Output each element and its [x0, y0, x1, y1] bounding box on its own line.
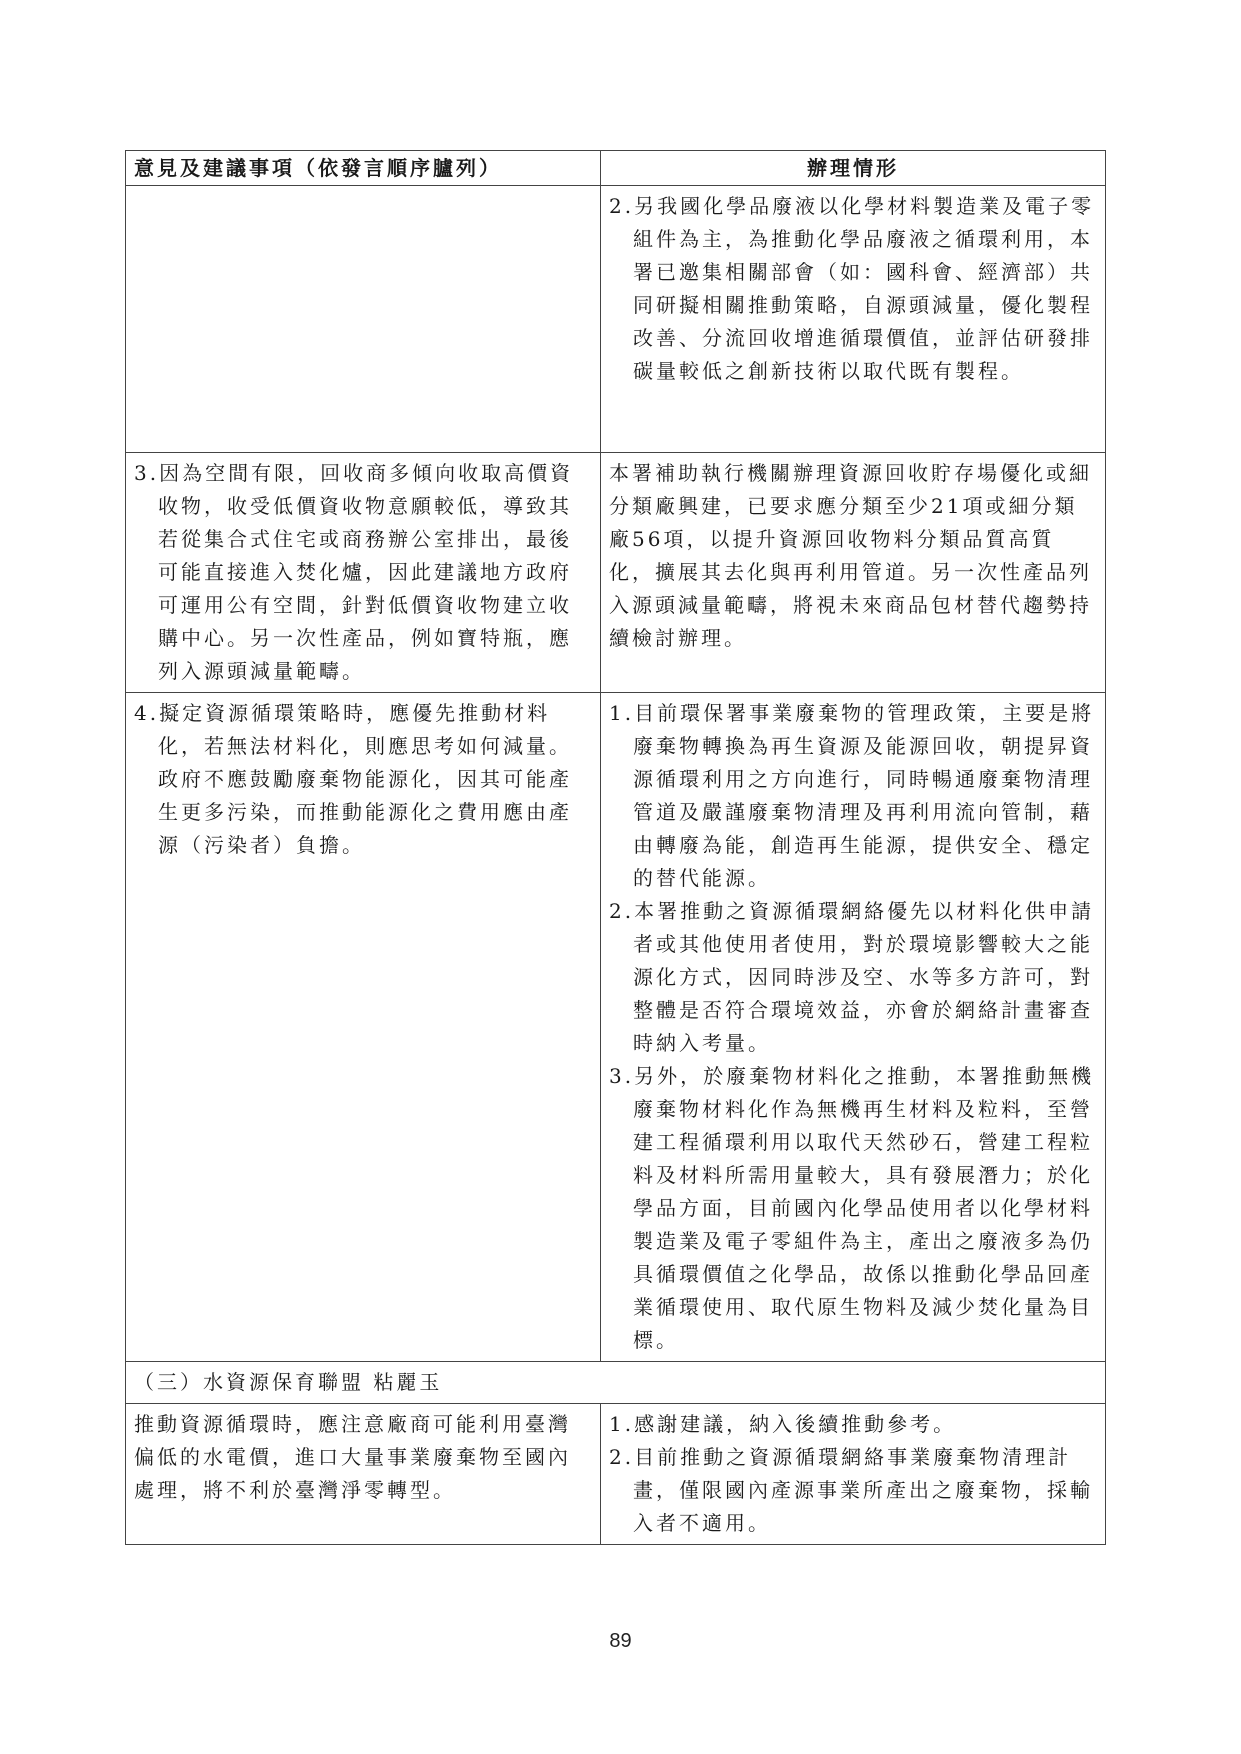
response-cell: 2.另我國化學品廢液以化學材料製造業及電子零組件為主，為推動化學品廢液之循環利用… — [601, 186, 1106, 453]
page-number: 89 — [0, 1630, 1241, 1653]
header-status: 辦理情形 — [601, 151, 1106, 186]
response-item: 1.目前環保署事業廢棄物的管理政策，主要是將廢棄物轉換為再生資源及能源回收，朝提… — [609, 697, 1097, 895]
response-item: 2.本署推動之資源循環網絡優先以材料化供申請者或其他使用者使用，對於環境影響較大… — [609, 895, 1097, 1060]
response-cell: 1.感謝建議，納入後續推動參考。 2.目前推動之資源循環網絡事業廢棄物清理計畫，… — [601, 1404, 1106, 1545]
opinion-item: 4.擬定資源循環策略時，應優先推動材料化，若無法材料化，則應思考如何減量。政府不… — [134, 697, 592, 862]
opinion-cell: 推動資源循環時，應注意廠商可能利用臺灣偏低的水電價，進口大量事業廢棄物至國內處理… — [126, 1404, 601, 1545]
response-cell: 1.目前環保署事業廢棄物的管理政策，主要是將廢棄物轉換為再生資源及能源回收，朝提… — [601, 693, 1106, 1362]
response-item: 1.感謝建議，納入後續推動參考。 — [609, 1408, 1097, 1441]
response-item: 3.另外，於廢棄物材料化之推動，本署推動無機廢棄物材料化作為無機再生材料及粒料，… — [609, 1060, 1097, 1357]
opinion-cell: 3.因為空間有限，回收商多傾向收取高價資收物，收受低價資收物意願較低，導致其若從… — [126, 453, 601, 693]
opinion-cell: 4.擬定資源循環策略時，應優先推動材料化，若無法材料化，則應思考如何減量。政府不… — [126, 693, 601, 1362]
table-header-row: 意見及建議事項（依發言順序臚列） 辦理情形 — [126, 151, 1106, 186]
response-item: 2.目前推動之資源循環網絡事業廢棄物清理計畫，僅限國內產源事業所產出之廢棄物，採… — [609, 1441, 1097, 1540]
response-cell: 本署補助執行機關辦理資源回收貯存場優化或細分類廠興建，已要求應分類至少21項或細… — [601, 453, 1106, 693]
opinion-item: 3.因為空間有限，回收商多傾向收取高價資收物，收受低價資收物意願較低，導致其若從… — [134, 457, 592, 688]
table-row: 4.擬定資源循環策略時，應優先推動材料化，若無法材料化，則應思考如何減量。政府不… — [126, 693, 1106, 1362]
opinion-paragraph: 推動資源循環時，應注意廠商可能利用臺灣偏低的水電價，進口大量事業廢棄物至國內處理… — [134, 1408, 592, 1507]
opinion-response-table: 意見及建議事項（依發言順序臚列） 辦理情形 2.另我國化學品廢液以化學材料製造業… — [125, 150, 1106, 1545]
document-page: 意見及建議事項（依發言順序臚列） 辦理情形 2.另我國化學品廢液以化學材料製造業… — [0, 0, 1241, 1754]
table-row: 推動資源循環時，應注意廠商可能利用臺灣偏低的水電價，進口大量事業廢棄物至國內處理… — [126, 1404, 1106, 1545]
section-row: （三）水資源保育聯盟 粘麗玉 — [126, 1362, 1106, 1404]
response-item: 2.另我國化學品廢液以化學材料製造業及電子零組件為主，為推動化學品廢液之循環利用… — [609, 190, 1097, 388]
response-paragraph: 本署補助執行機關辦理資源回收貯存場優化或細分類廠興建，已要求應分類至少21項或細… — [609, 457, 1097, 655]
header-opinions: 意見及建議事項（依發言順序臚列） — [126, 151, 601, 186]
opinion-cell — [126, 186, 601, 453]
section-heading: （三）水資源保育聯盟 粘麗玉 — [126, 1362, 1106, 1404]
table-row: 3.因為空間有限，回收商多傾向收取高價資收物，收受低價資收物意願較低，導致其若從… — [126, 453, 1106, 693]
table-row: 2.另我國化學品廢液以化學材料製造業及電子零組件為主，為推動化學品廢液之循環利用… — [126, 186, 1106, 453]
